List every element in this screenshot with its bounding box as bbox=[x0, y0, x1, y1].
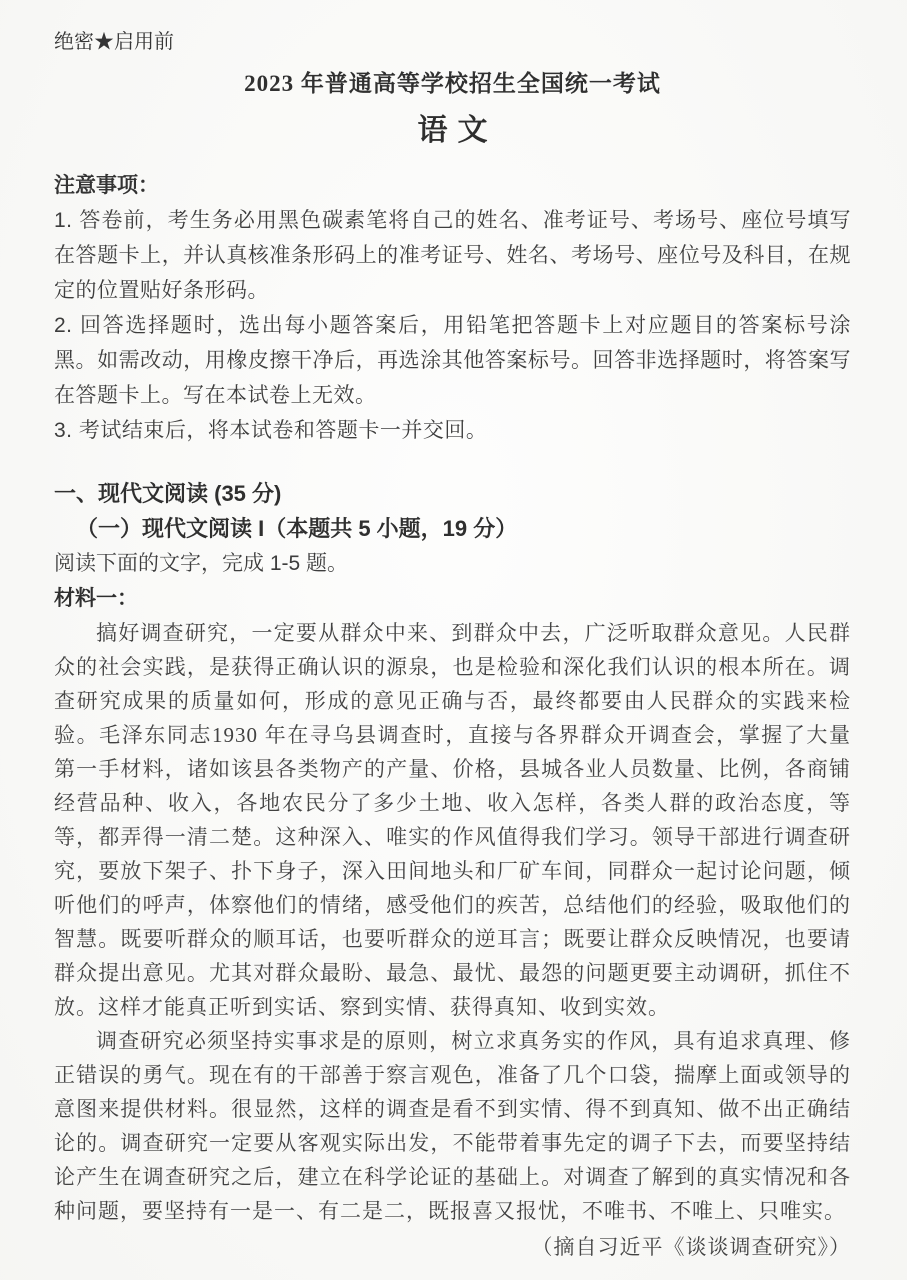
notice-heading: 注意事项： bbox=[54, 168, 851, 203]
notice-item-2: 2. 回答选择题时，选出每小题答案后，用铅笔把答题卡上对应题目的答案标号涂黑。如… bbox=[54, 308, 851, 413]
material-one-label: 材料一： bbox=[54, 581, 851, 616]
classification-label: 绝密★启用前 bbox=[54, 28, 851, 56]
exam-paper-page: 绝密★启用前 2023 年普通高等学校招生全国统一考试 语文 注意事项： 1. … bbox=[0, 0, 907, 1280]
section-heading: 一、现代文阅读 (35 分) bbox=[54, 476, 851, 511]
notice-item-1: 1. 答卷前，考生务必用黑色碳素笔将自己的姓名、准考证号、考场号、座位号填写在答… bbox=[54, 203, 851, 308]
exam-title: 2023 年普通高等学校招生全国统一考试 bbox=[54, 68, 851, 100]
material-paragraph-2: 调查研究必须坚持实事求是的原则，树立求真务实的作风，具有追求真理、修正错误的勇气… bbox=[54, 1024, 851, 1228]
subject-title: 语文 bbox=[54, 110, 851, 152]
citation: （摘自习近平《谈谈调查研究》） bbox=[54, 1230, 851, 1264]
material-paragraph-1: 搞好调查研究，一定要从群众中来、到群众中去，广泛听取群众意见。人民群众的社会实践… bbox=[54, 616, 851, 1024]
reading-section: 一、现代文阅读 (35 分) （一）现代文阅读 I（本题共 5 小题，19 分）… bbox=[54, 476, 851, 1264]
notice-section: 注意事项： 1. 答卷前，考生务必用黑色碳素笔将自己的姓名、准考证号、考场号、座… bbox=[54, 168, 851, 448]
section-subheading: （一）现代文阅读 I（本题共 5 小题，19 分） bbox=[54, 511, 851, 546]
notice-item-3: 3. 考试结束后，将本试卷和答题卡一并交回。 bbox=[54, 413, 851, 448]
reading-instruction: 阅读下面的文字，完成 1-5 题。 bbox=[54, 546, 851, 581]
